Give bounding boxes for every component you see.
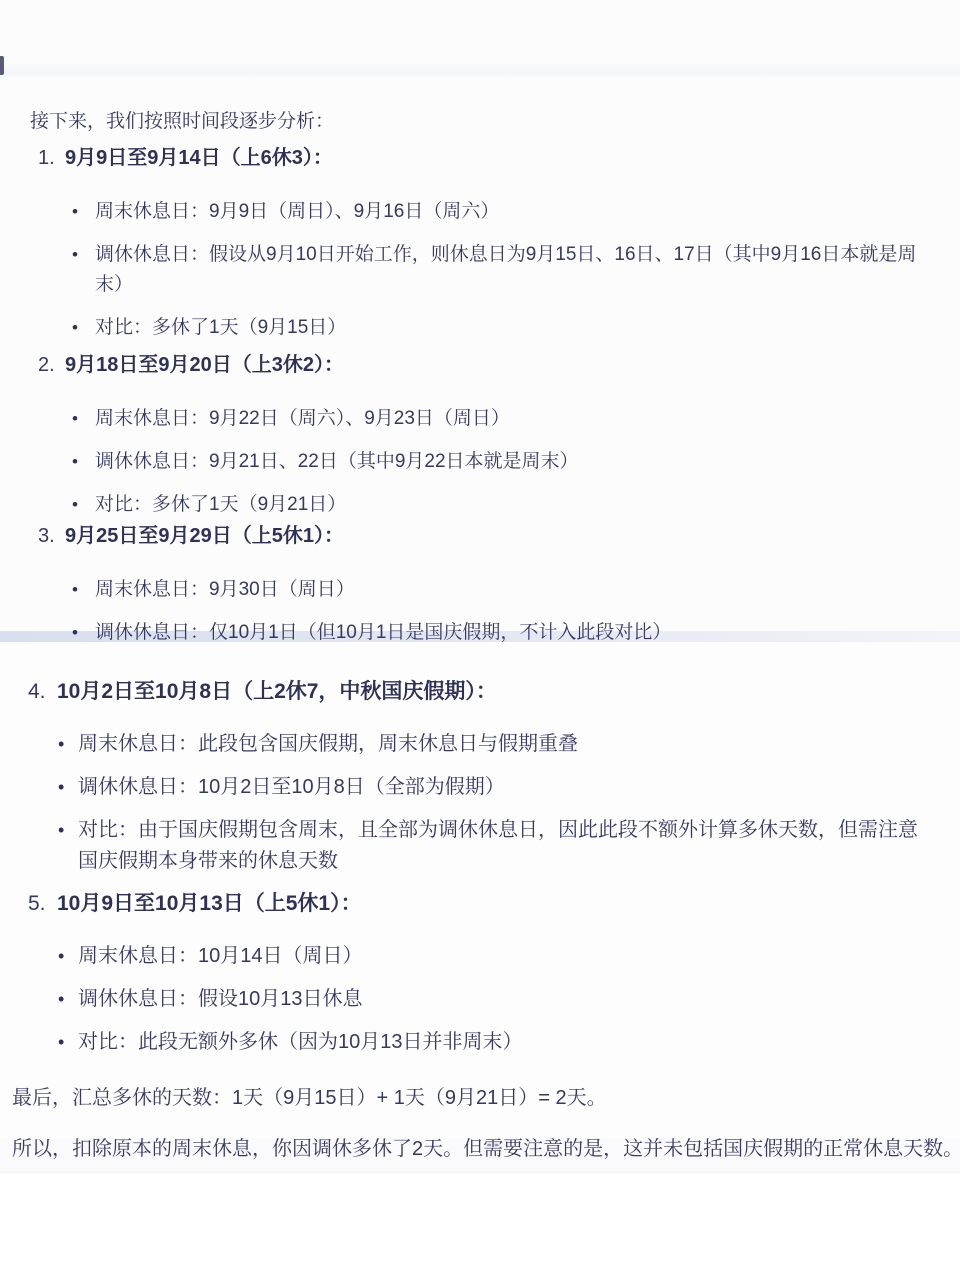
section-title: 9月18日至9月20日（上3休2）：: [65, 353, 344, 377]
list-item: • 周末休息日：9月9日（周日）、9月16日（周六）: [72, 197, 930, 227]
background-footer-area: [0, 1172, 960, 1280]
bullet-text: 对比：此段无额外多休（因为10月13日并非周末）: [78, 1027, 936, 1058]
bullet-text: 调休休息日：9月21日、22日（其中9月22日本就是周末）: [95, 447, 930, 477]
bullet-icon: •: [72, 197, 95, 227]
list-item: • 调休休息日：仅10月1日（但10月1日是国庆假期，不计入此段对比）: [72, 618, 930, 648]
bullet-icon: •: [58, 772, 78, 803]
bullet-icon: •: [72, 240, 95, 300]
summary-text: 最后，汇总多休的天数：1天（9月15日）+ 1天（9月21日）= 2天。: [0, 1083, 960, 1113]
bullet-icon: •: [58, 941, 78, 972]
section-number: 2.: [38, 353, 65, 377]
bullet-icon: •: [58, 984, 78, 1015]
intro-text: 接下来，我们按照时间段逐步分析：: [0, 109, 960, 135]
bullet-icon: •: [58, 815, 78, 877]
bullet-text: 调休休息日：10月2日至10月8日（全部为假期）: [78, 772, 936, 803]
bullet-icon: •: [72, 490, 95, 520]
section-2-heading: 2. 9月18日至9月20日（上3休2）：: [0, 353, 960, 377]
bullet-icon: •: [72, 404, 95, 434]
section-1: 1. 9月9日至9月14日（上6休3）： • 周末休息日：9月9日（周日）、9月…: [0, 146, 960, 356]
bullet-text: 调休休息日：仅10月1日（但10月1日是国庆假期，不计入此段对比）: [95, 618, 930, 648]
bullet-icon: •: [58, 1027, 78, 1058]
section-3-heading: 3. 9月25日至9月29日（上5休1）：: [0, 524, 960, 548]
section-4-heading: 4. 10月2日至10月8日（上2休7，中秋国庆假期）：: [0, 679, 960, 705]
bullet-text: 对比：多休了1天（9月21日）: [95, 490, 930, 520]
list-item: • 周末休息日：9月30日（周日）: [72, 575, 930, 605]
section-1-heading: 1. 9月9日至9月14日（上6休3）：: [0, 146, 960, 170]
section-title: 10月9日至10月13日（上5休1）：: [57, 891, 362, 917]
list-item: • 对比：多休了1天（9月21日）: [72, 490, 930, 520]
section-2: 2. 9月18日至9月20日（上3休2）： • 周末休息日：9月22日（周六）、…: [0, 353, 960, 533]
bullet-icon: •: [72, 575, 95, 605]
list-item: • 周末休息日：9月22日（周六）、9月23日（周日）: [72, 404, 930, 434]
bullet-text: 周末休息日：此段包含国庆假期，周末休息日与假期重叠: [78, 729, 936, 760]
bullet-text: 周末休息日：10月14日（周日）: [78, 941, 936, 972]
bullet-text: 对比：多休了1天（9月15日）: [95, 313, 930, 343]
left-edge-artifact: [0, 56, 4, 75]
list-item: • 周末休息日：10月14日（周日）: [58, 941, 936, 972]
list-item: • 对比：由于国庆假期包含周末，且全部为调休休息日，因此此段不额外计算多休天数，…: [58, 815, 936, 877]
bullet-text: 调休休息日：假设10月13日休息: [78, 984, 936, 1015]
section-5-bullet-list: • 周末休息日：10月14日（周日） • 调休休息日：假设10月13日休息 • …: [0, 941, 960, 1058]
bullet-icon: •: [72, 313, 95, 343]
section-2-bullet-list: • 周末休息日：9月22日（周六）、9月23日（周日） • 调休休息日：9月21…: [0, 404, 960, 520]
conclusion-text: 所以，扣除原本的周末休息，你因调休多休了2天。但需要注意的是，这并未包括国庆假期…: [0, 1130, 960, 1168]
list-item: • 对比：此段无额外多休（因为10月13日并非周末）: [58, 1027, 936, 1058]
section-number: 3.: [38, 524, 65, 548]
section-4: 4. 10月2日至10月8日（上2休7，中秋国庆假期）： • 周末休息日：此段包…: [0, 679, 960, 889]
bullet-text: 周末休息日：9月22日（周六）、9月23日（周日）: [95, 404, 930, 434]
section-3: 3. 9月25日至9月29日（上5休1）： • 周末休息日：9月30日（周日） …: [0, 524, 960, 661]
section-title: 9月9日至9月14日（上6休3）：: [65, 146, 333, 170]
bullet-text: 周末休息日：9月9日（周日）、9月16日（周六）: [95, 197, 930, 227]
bullet-icon: •: [72, 447, 95, 477]
section-number: 4.: [28, 679, 57, 705]
bullet-icon: •: [58, 729, 78, 760]
section-1-bullet-list: • 周末休息日：9月9日（周日）、9月16日（周六） • 调休休息日：假设从9月…: [0, 197, 960, 343]
section-5: 5. 10月9日至10月13日（上5休1）： • 周末休息日：10月14日（周日…: [0, 891, 960, 1070]
section-number: 1.: [38, 146, 65, 170]
list-item: • 调休休息日：10月2日至10月8日（全部为假期）: [58, 772, 936, 803]
section-title: 10月2日至10月8日（上2休7，中秋国庆假期）：: [57, 679, 497, 705]
list-item: • 调休休息日：假设10月13日休息: [58, 984, 936, 1015]
section-5-heading: 5. 10月9日至10月13日（上5休1）：: [0, 891, 960, 917]
section-4-bullet-list: • 周末休息日：此段包含国庆假期，周末休息日与假期重叠 • 调休休息日：10月2…: [0, 729, 960, 877]
list-item: • 对比：多休了1天（9月15日）: [72, 313, 930, 343]
faint-band-top: [0, 62, 960, 80]
bullet-text: 周末休息日：9月30日（周日）: [95, 575, 930, 605]
list-item: • 周末休息日：此段包含国庆假期，周末休息日与假期重叠: [58, 729, 936, 760]
list-item: • 调休休息日：9月21日、22日（其中9月22日本就是周末）: [72, 447, 930, 477]
section-3-bullet-list: • 周末休息日：9月30日（周日） • 调休休息日：仅10月1日（但10月1日是…: [0, 575, 960, 648]
section-title: 9月25日至9月29日（上5休1）：: [65, 524, 344, 548]
section-number: 5.: [28, 891, 57, 917]
bullet-icon: •: [72, 618, 95, 648]
list-item: • 调休休息日：假设从9月10日开始工作，则休息日为9月15日、16日、17日（…: [72, 240, 930, 300]
bullet-text: 调休休息日：假设从9月10日开始工作，则休息日为9月15日、16日、17日（其中…: [95, 240, 930, 300]
bullet-text: 对比：由于国庆假期包含周末，且全部为调休休息日，因此此段不额外计算多休天数，但需…: [78, 815, 936, 877]
